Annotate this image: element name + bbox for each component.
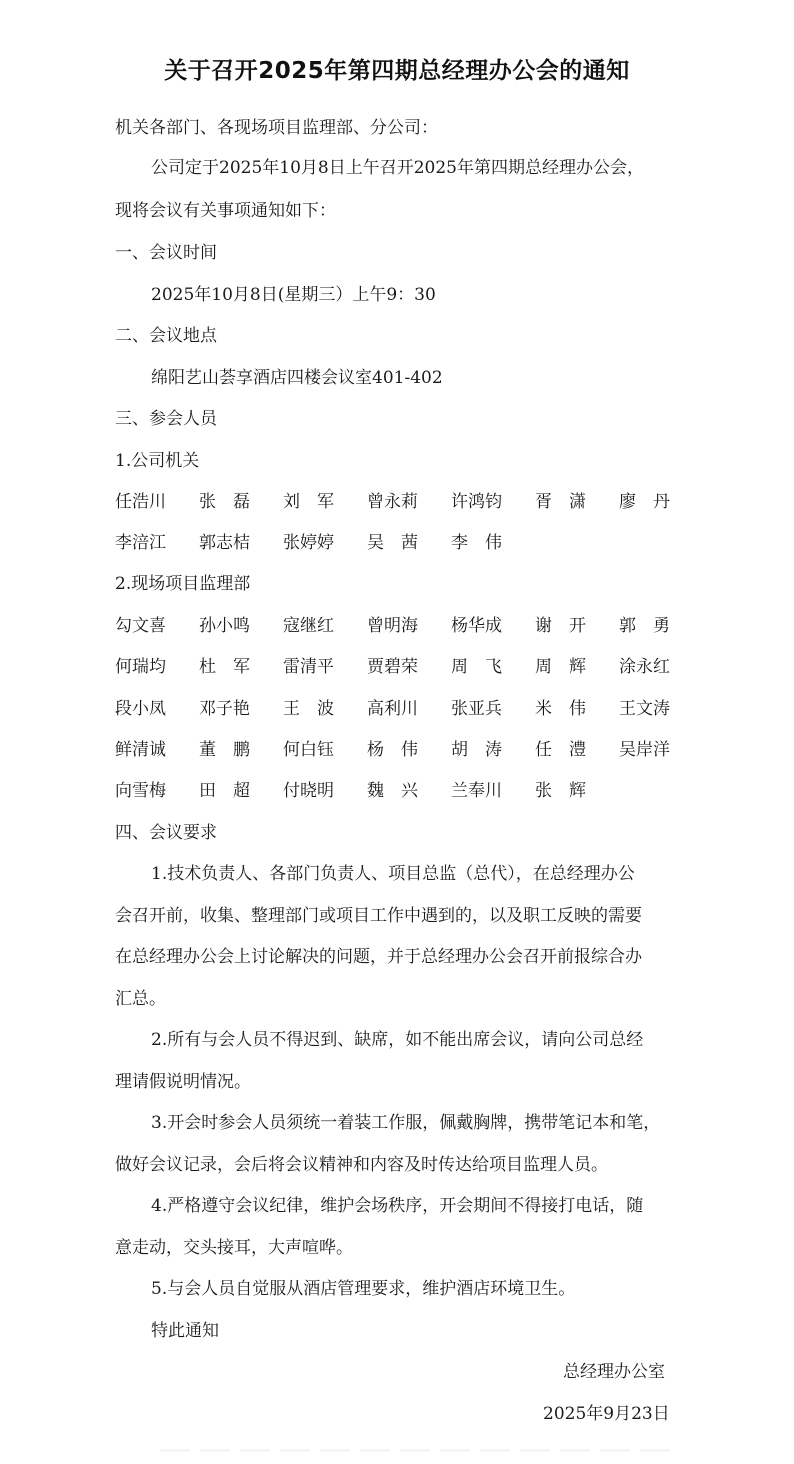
requirement-3-line: 3.开会时参会人员须统一着装工作服，佩戴胸牌，携带笔记本和笔，: [151, 1111, 660, 1135]
attendee-name: 何瑞均: [115, 655, 166, 679]
group-label-project: 2.现场项目监理部: [115, 572, 250, 596]
salutation: 机关各部门、各现场项目监理部、分公司：: [115, 116, 438, 140]
attendee-name: 贾碧荣: [367, 655, 418, 679]
requirement-3-line: 做好会议记录，会后将会议精神和内容及时传达给项目监理人员。: [115, 1153, 608, 1177]
requirement-1-line: 汇总。: [115, 987, 166, 1011]
attendee-name: 董 鹏: [199, 738, 250, 762]
names-row: 段小凤 邓子艳 王 波 高利川 张亚兵 米 伟 王文涛: [115, 697, 715, 721]
attendee-name: 兰奉川: [451, 779, 502, 803]
attendee-name: 张婷婷: [283, 531, 334, 555]
attendee-name: 邓子艳: [199, 697, 250, 721]
attendee-name: 杜 军: [199, 655, 250, 679]
intro-line-2: 现将会议有关事项通知如下：: [115, 199, 336, 223]
attendee-name: 张亚兵: [451, 697, 502, 721]
attendee-name: 段小凤: [115, 697, 166, 721]
section-heading-place: 二、会议地点: [115, 324, 217, 348]
attendee-name: 田 超: [199, 779, 250, 803]
section-heading-attendees: 三、参会人员: [115, 407, 217, 431]
attendee-name: 鲜清诚: [115, 738, 166, 762]
intro-line-1: 公司定于2025年10月8日上午召开2025年第四期总经理办公会，: [151, 156, 644, 180]
document-title: 关于召开2025年第四期总经理办公会的通知: [0, 52, 794, 85]
attendee-name: 郭 勇: [619, 614, 670, 638]
requirement-4-line: 意走动，交头接耳，大声喧哗。: [115, 1236, 353, 1260]
attendee-name: 郭志桔: [199, 531, 250, 555]
requirement-4-line: 4.严格遵守会议纪律，维护会场秩序，开会期间不得接打电话，随: [151, 1194, 643, 1218]
attendee-name: 杨华成: [451, 614, 502, 638]
attendee-name: 廖 丹: [619, 490, 670, 514]
attendee-name: 向雪梅: [115, 779, 166, 803]
names-row: 向雪梅 田 超 付晓明 魏 兴 兰奉川 张 辉: [115, 779, 715, 803]
attendee-name: 曾明海: [367, 614, 418, 638]
requirement-1-line: 在总经理办公会上讨论解决的问题，并于总经理办公会召开前报综合办: [115, 945, 642, 969]
attendee-name: 王文涛: [619, 697, 670, 721]
requirement-1-line: 会召开前，收集、整理部门或项目工作中遇到的，以及职工反映的需要: [115, 904, 642, 928]
attendee-name: 张 磊: [199, 490, 250, 514]
attendee-name: 张 辉: [535, 779, 586, 803]
requirement-1-line: 1.技术负责人、各部门负责人、项目总监（总代），在总经理办公: [151, 862, 635, 886]
faint-footer-artifact: [160, 1449, 680, 1452]
attendee-name: 胡 涛: [451, 738, 502, 762]
attendee-name: 胥 潇: [535, 490, 586, 514]
group-label-hq: 1.公司机关: [115, 449, 199, 473]
attendee-name: 王 波: [283, 697, 334, 721]
attendee-name: 付晓明: [283, 779, 334, 803]
attendee-name: 何白钰: [283, 738, 334, 762]
attendee-name: 任 澧: [535, 738, 586, 762]
attendee-name: 寇继红: [283, 614, 334, 638]
signature-date: 2025年9月23日: [543, 1402, 670, 1426]
names-row: 何瑞均 杜 军 雷清平 贾碧荣 周 飞 周 辉 涂永红: [115, 655, 715, 679]
requirement-5-line: 5.与会人员自觉服从酒店管理要求，维护酒店环境卫生。: [151, 1277, 575, 1301]
attendee-name: 杨 伟: [367, 738, 418, 762]
names-row: 鲜清诚 董 鹏 何白钰 杨 伟 胡 涛 任 澧 吴岸洋: [115, 738, 715, 762]
attendee-name: 孙小鸣: [199, 614, 250, 638]
closing-text: 特此通知: [151, 1319, 219, 1343]
attendee-name: 谢 开: [535, 614, 586, 638]
attendee-name: 吴岸洋: [619, 738, 670, 762]
meeting-place: 绵阳艺山荟享酒店四楼会议室401-402: [151, 366, 443, 390]
attendee-name: 吴 茜: [367, 531, 418, 555]
attendee-name: 米 伟: [535, 697, 586, 721]
section-heading-time: 一、会议时间: [115, 241, 217, 265]
attendee-name: 周 飞: [451, 655, 502, 679]
attendee-name: 李涪江: [115, 531, 166, 555]
attendee-name: 魏 兴: [367, 779, 418, 803]
attendee-name: 涂永红: [619, 655, 670, 679]
attendee-name: 雷清平: [283, 655, 334, 679]
attendee-name: 李 伟: [451, 531, 502, 555]
requirement-2-line: 理请假说明情况。: [115, 1070, 251, 1094]
requirement-2-line: 2.所有与会人员不得迟到、缺席，如不能出席会议，请向公司总经: [151, 1028, 643, 1052]
attendee-name: 许鸿钧: [451, 490, 502, 514]
attendee-name: 高利川: [367, 697, 418, 721]
attendee-name: 勾文喜: [115, 614, 166, 638]
names-row: 勾文喜 孙小鸣 寇继红 曾明海 杨华成 谢 开 郭 勇: [115, 614, 715, 638]
signature-issuer: 总经理办公室: [563, 1360, 665, 1384]
names-row: 任浩川 张 磊 刘 军 曾永莉 许鸿钧 胥 潇 廖 丹: [115, 490, 715, 514]
attendee-name: 曾永莉: [367, 490, 418, 514]
attendee-name: 任浩川: [115, 490, 166, 514]
attendee-name: 周 辉: [535, 655, 586, 679]
attendee-name: 刘 军: [283, 490, 334, 514]
section-heading-requirements: 四、会议要求: [115, 821, 217, 845]
meeting-time: 2025年10月8日(星期三）上午9：30: [151, 283, 436, 307]
names-row: 李涪江 郭志桔 张婷婷 吴 茜 李 伟: [115, 531, 715, 555]
